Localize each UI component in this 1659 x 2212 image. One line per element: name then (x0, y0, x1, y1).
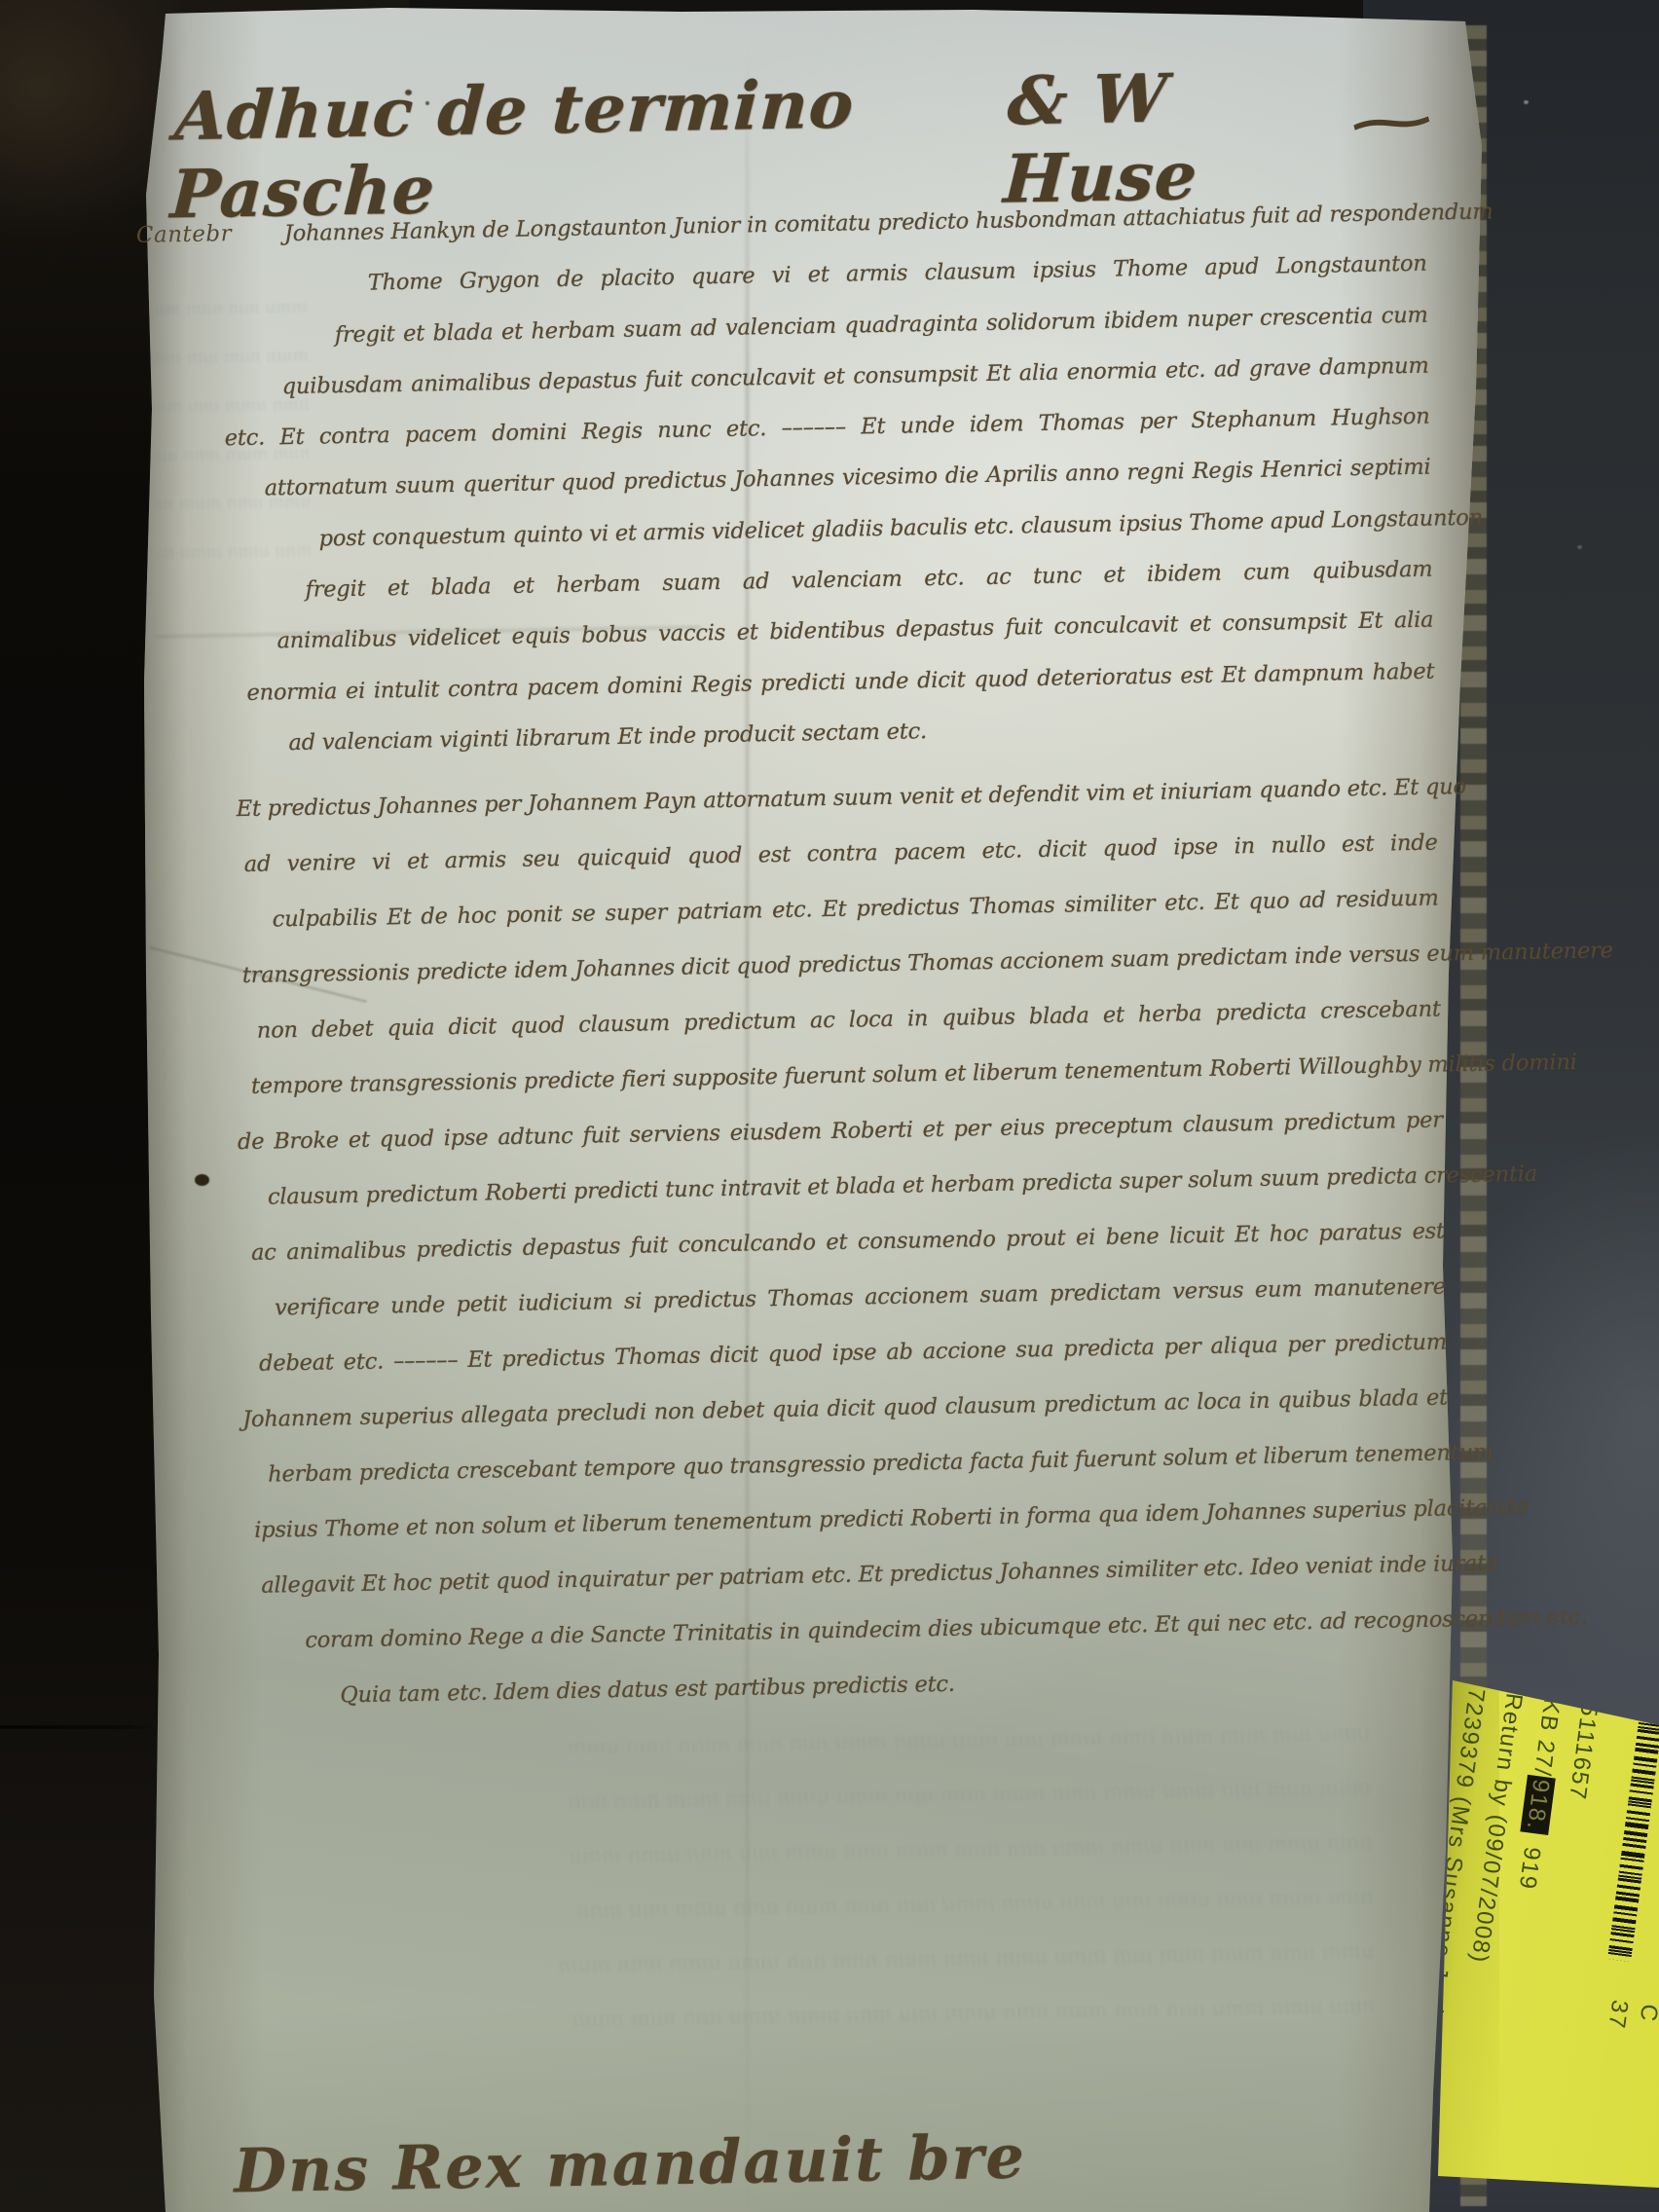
ticket-classmark: C 37 (1593, 1998, 1659, 2093)
ticket-reference-suffix: 919 (1514, 1845, 1546, 1892)
manuscript-text-layer: Adhuc de termino Pasche & W Huse ~ Cante… (0, 0, 1659, 2212)
barcode (1607, 1715, 1659, 1962)
plea-paragraph-2: Et predictus Johannes per Johannem Payn … (231, 760, 1454, 1726)
photo-of-plea-roll-page: ınmu ıuın nıım muın ıımn uınm ınıu mnıı … (0, 0, 1659, 2212)
heading-flourish: ~ (1333, 90, 1450, 155)
next-entry-first-line: Dns Rex mandauit bre (234, 2121, 1027, 2207)
county-margin-note: Cantebr (136, 221, 233, 248)
manuscript-line: Quia tam etc. Idem dies datus est partib… (247, 1656, 972, 1725)
ticket-reference-prefix: KB 27/ (1529, 1697, 1565, 1779)
plea-paragraph-1: Johannes Hankyn de Longstaunton Junior i… (220, 188, 1435, 770)
ticket-reference-redacted: 918. (1520, 1775, 1555, 1835)
